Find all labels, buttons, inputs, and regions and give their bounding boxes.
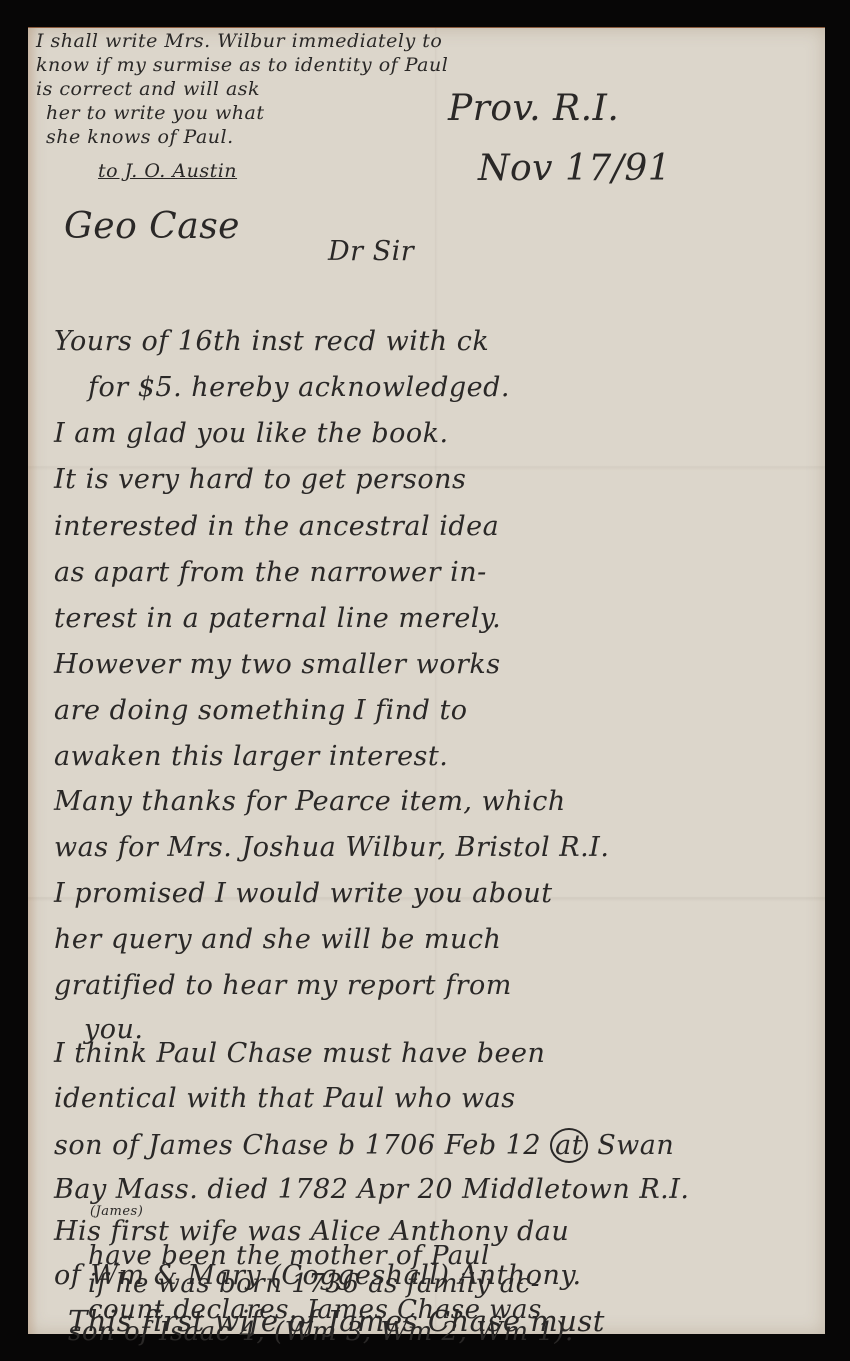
body-line: terest in a paternal line merely. [54,603,501,634]
body-line: identical with that Paul who was [54,1083,516,1114]
body-line: of Wm & Mary (Coggeshall) Anthony. [54,1260,582,1291]
body-line: Yours of 16th inst recd with ck [54,326,489,357]
circled-note: at [550,1128,588,1163]
body-line-with-circled-note: son of James Chase b 1706 Feb 12 at Swan [54,1128,674,1163]
body-line: His first wife was Alice Anthony dau [54,1216,569,1247]
body-text: Swan [597,1130,674,1161]
body-line: I promised I would write you about [54,878,553,909]
salutation: Dr Sir [328,236,414,267]
letter-place: Prov. R.I. [448,88,619,129]
body-line: It is very hard to get persons [54,464,466,495]
body-line: I think Paul Chase must have been [54,1038,545,1069]
postscript-line: her to write you what [46,102,264,124]
body-line: However my two smaller works [54,649,501,680]
salutation-name: Geo Case [64,206,240,247]
body-line: gratified to hear my report from [54,970,512,1001]
letter-page: I shall write Mrs. Wilbur immediately to… [28,27,825,1334]
postscript-line: I shall write Mrs. Wilbur immediately to [36,30,442,52]
scan-background: I shall write Mrs. Wilbur immediately to… [0,0,850,1361]
body-line: interested in the ancestral idea [54,511,499,542]
body-line: I am glad you like the book. [54,418,449,449]
postscript-line: is correct and will ask [36,78,260,100]
body-line: awaken this larger interest. [54,741,448,772]
body-line: was for Mrs. Joshua Wilbur, Bristol R.I. [54,832,609,863]
body-line: for $5. hereby acknowledged. [88,372,510,403]
body-line: are doing something I find to [54,695,468,726]
body-line: as apart from the narrower in- [54,557,487,588]
body-line: This first wife of James Chase must [68,1304,605,1338]
postscript-line: know if my surmise as to identity of Pau… [36,54,448,76]
body-line: Many thanks for Pearce item, which [54,786,566,817]
body-line: her query and she will be much [54,924,501,955]
body-text: son of James Chase b 1706 Feb 12 [54,1130,541,1161]
body-line: Bay Mass. died 1782 Apr 20 Middletown R.… [54,1174,689,1205]
postscript-line: she knows of Paul. [46,126,234,148]
letter-date: Nov 17/91 [478,148,671,189]
address-note: to J. O. Austin [98,160,237,182]
